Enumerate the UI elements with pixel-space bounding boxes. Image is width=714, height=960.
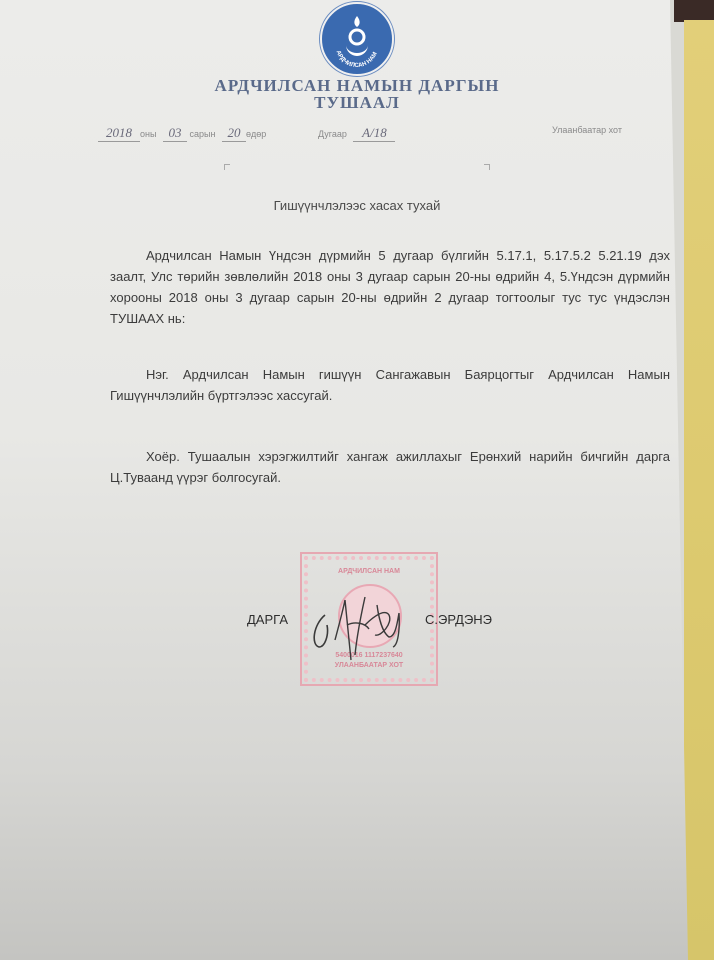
number-label: Дугаар (318, 129, 347, 139)
corner-mark-left (224, 164, 230, 170)
document-type: ТУШААЛ (0, 93, 714, 113)
stamp-top-text: АРДЧИЛСАН НАМ (302, 568, 436, 575)
party-logo: АРДЧИЛСАН НАМ (320, 2, 394, 76)
order-number: Дугаар А/18 (318, 125, 395, 142)
preamble-text: Ардчилсан Намын Үндсэн дүрмийн 5 дугаар … (110, 248, 670, 326)
number-value: А/18 (353, 125, 395, 142)
desk-background (674, 0, 714, 22)
day-value: 20 (222, 125, 246, 142)
clause-two-text: Хоёр. Тушаалын хэрэгжилтийг хангаж ажилл… (110, 449, 670, 485)
signatory-position: ДАРГА (247, 612, 288, 627)
clause-two: Хоёр. Тушаалын хэрэгжилтийг хангаж ажилл… (110, 446, 670, 488)
corner-mark-right (484, 164, 490, 170)
month-label: сарын (189, 129, 215, 139)
day-label: өдөр (246, 129, 266, 139)
city-label: Улаанбаатар хот (552, 125, 622, 135)
preamble-paragraph: Ардчилсан Намын Үндсэн дүрмийн 5 дугаар … (110, 245, 670, 329)
month-value: 03 (163, 125, 187, 142)
clause-one-text: Нэг. Ардчилсан Намын гишүүн Сангажавын Б… (110, 367, 670, 403)
desk-surface (684, 20, 714, 960)
signatory-name: С.ЭРДЭНЭ (425, 612, 492, 627)
signature-mark (305, 585, 415, 675)
soyombo-icon: АРДЧИЛСАН НАМ (322, 4, 392, 74)
year-value: 2018 (98, 125, 140, 142)
document-subject: Гишүүнчлэлээс хасах тухай (0, 198, 714, 213)
svg-text:АРДЧИЛСАН НАМ: АРДЧИЛСАН НАМ (335, 50, 379, 69)
date-line: 2018оны 03 сарын 20өдөр (98, 125, 266, 142)
year-label: оны (140, 129, 156, 139)
clause-one: Нэг. Ардчилсан Намын гишүүн Сангажавын Б… (110, 364, 670, 406)
